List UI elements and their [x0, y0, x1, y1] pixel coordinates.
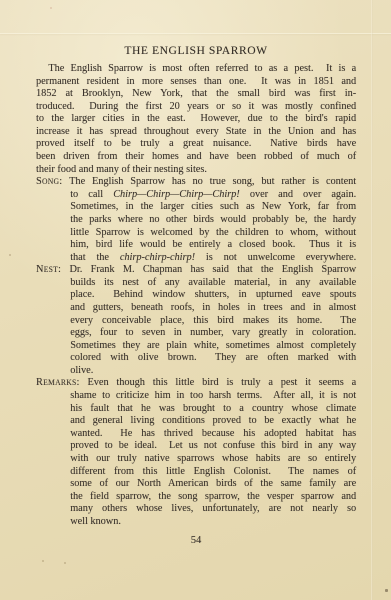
text-line: eggs, four to seven in number, vary grea…: [70, 326, 356, 339]
text-line: their food and many of their nesting sit…: [36, 163, 356, 176]
text-run: that the: [70, 251, 120, 263]
text-line: troduced. During the first 20 years or s…: [36, 100, 356, 113]
section-label-remarks: Remarks:: [36, 376, 80, 388]
section-label-nest: Nest:: [36, 263, 61, 275]
text-line: olive.: [70, 364, 356, 377]
text-line: proved itself to be truly a great nuisan…: [36, 137, 356, 150]
page-title: THE ENGLISH SPARROW: [36, 45, 356, 57]
section-remarks: Remarks: Even though this little bird is…: [36, 376, 356, 527]
text-line: Sometimes, in the larger cities such as …: [70, 200, 356, 213]
text-line: Song: The English Sparrow has no true so…: [36, 175, 356, 188]
text-run: over and over again.: [240, 188, 356, 200]
section-nest: Nest: Dr. Frank M. Chapman has said that…: [36, 263, 356, 376]
text-line: 1852 at Brooklyn, New York, that the sma…: [36, 87, 356, 100]
text-run: is not unwelcome everywhere.: [195, 251, 356, 263]
text-line: him, bird life would be entirely a close…: [70, 238, 356, 251]
text-line: wanted. He has thrived because his adopt…: [70, 427, 356, 440]
paper-speck: [9, 254, 11, 256]
text-line: Sometimes they are plain white, sometime…: [70, 339, 356, 352]
text-run: Dr. Frank M. Chapman has said that the E…: [61, 263, 356, 275]
text-line: place. Behind window shutters, in upturn…: [70, 288, 356, 301]
text-run: Even though this little bird is truly a …: [80, 376, 356, 388]
text-line: to call Chirp—Chirp—Chirp—Chirp! over an…: [70, 188, 356, 201]
text-line: different from this little English Colon…: [70, 465, 356, 478]
text-run: to call: [70, 188, 113, 200]
section-label-song: Song:: [36, 175, 62, 187]
paper-speck: [64, 562, 66, 564]
text-line: The English Sparrow is most often referr…: [36, 62, 356, 75]
book-page-scan: THE ENGLISH SPARROW The English Sparrow …: [0, 0, 391, 600]
text-line: many others whose lives, unfortunately, …: [70, 502, 356, 515]
text-line: with our truly native sparrows whose hab…: [70, 452, 356, 465]
paper-speck: [50, 7, 52, 9]
text-block: The English Sparrow is most often referr…: [36, 62, 356, 527]
text-line: and general living conditions proved to …: [70, 414, 356, 427]
text-line: and gutters, beneath roofs, in holes in …: [70, 301, 356, 314]
paper-crease-horizontal: [0, 33, 391, 34]
text-line: increase it has spread throughout every …: [36, 125, 356, 138]
text-line: colored with olive brown. They are often…: [70, 351, 356, 364]
text-line: to the larger cities in the east. Howeve…: [36, 112, 356, 125]
paper-crease-vertical: [371, 0, 373, 600]
italic-text: chirp-chirp-chirp!: [120, 251, 195, 263]
text-line: some of our North American birds of the …: [70, 477, 356, 490]
text-line: Nest: Dr. Frank M. Chapman has said that…: [36, 263, 356, 276]
text-line: his fault that he was brought to a count…: [70, 402, 356, 415]
text-line: shame to criticize him in too harsh term…: [70, 389, 356, 402]
text-line: the field sparrow, the song sparrow, the…: [70, 490, 356, 503]
text-line: Remarks: Even though this little bird is…: [36, 376, 356, 389]
paper-speck: [385, 589, 388, 592]
text-line: well known.: [70, 515, 356, 528]
text-line: permanent resident in more senses than o…: [36, 75, 356, 88]
paper-speck: [42, 560, 44, 562]
text-line: little Sparrow is welcomed by the childr…: [70, 226, 356, 239]
text-line: every conceivable place, this bird makes…: [70, 314, 356, 327]
text-run: The English Sparrow has no true song, bu…: [62, 175, 356, 187]
italic-text: Chirp—Chirp—Chirp—Chirp!: [113, 188, 240, 200]
text-line: builds its nest of any available materia…: [70, 276, 356, 289]
text-line: that the chirp-chirp-chirp! is not unwel…: [70, 251, 356, 264]
section-song: Song: The English Sparrow has no true so…: [36, 175, 356, 263]
intro-paragraph: The English Sparrow is most often referr…: [36, 62, 356, 175]
text-line: the parks where no other birds would pro…: [70, 213, 356, 226]
text-line: proved to be ideal. Let us not confuse t…: [70, 439, 356, 452]
page-number: 54: [36, 535, 356, 546]
text-line: been driven from their homes and have be…: [36, 150, 356, 163]
